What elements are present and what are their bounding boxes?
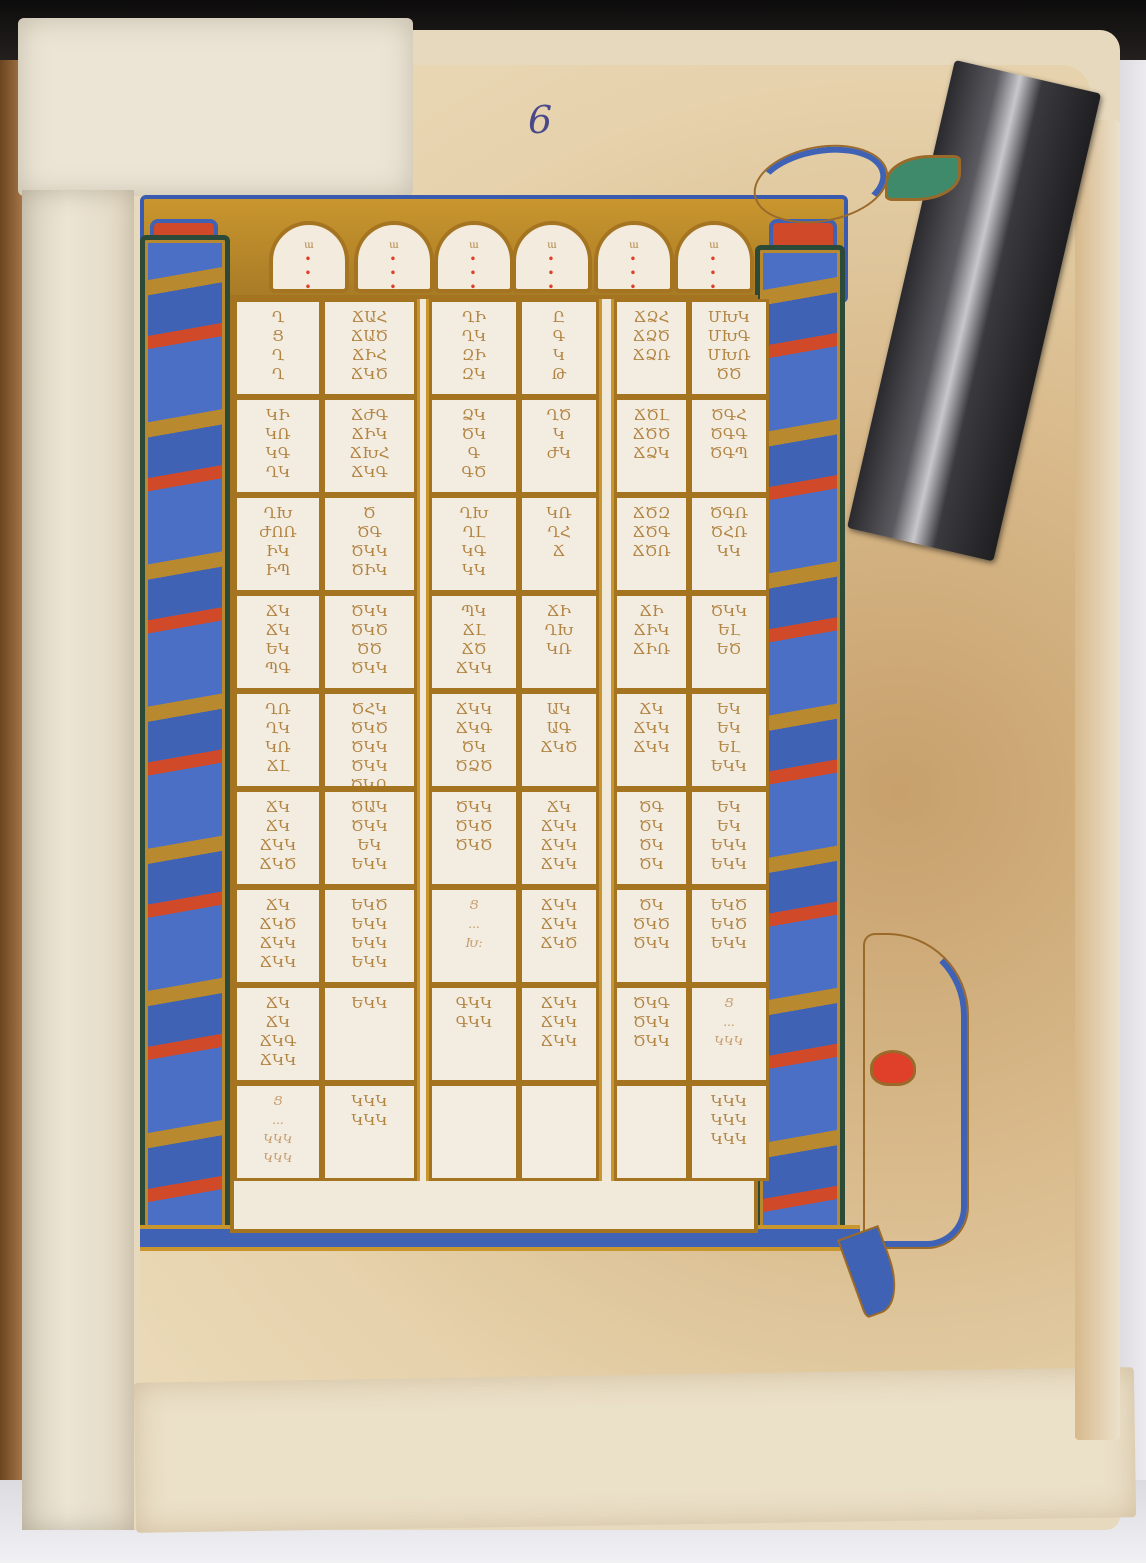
column-gutter bbox=[599, 397, 614, 495]
arch-3: ա• • • bbox=[434, 221, 514, 293]
table-cell: ՂԾ Կ ԺԿ bbox=[519, 397, 599, 495]
table-cell: ԵԿ ԵԿ ԵԿԿ ԵԿԿ bbox=[689, 789, 769, 887]
column-gutter bbox=[599, 495, 614, 593]
table-cell: ՃԿԿ ՃԿԿ ՃԿԿ bbox=[519, 985, 599, 1083]
table-cell: ԾԱԿ ԾԿԿ ԵԿ ԵԿԿ bbox=[322, 789, 417, 887]
vine-border-left bbox=[140, 235, 230, 1235]
table-cell: ՃՁՀ ՃՁԾ ՃՁՌ bbox=[614, 299, 689, 397]
table-cell: ԾՀԿ ԾԿԾ ԾԿԿ ԾԿԿ ԾԿՌ bbox=[322, 691, 417, 789]
table-cell: ԵԿԾ ԵԿԾ ԵԿԿ bbox=[689, 887, 769, 985]
arch-1: ա• • • bbox=[269, 221, 349, 293]
column-gutter bbox=[599, 887, 614, 985]
table-cell: ՄԽԿ ՄԽԳ ՄԽՌ ԾԾ bbox=[689, 299, 769, 397]
arch-2: ա• • • bbox=[354, 221, 434, 293]
table-cell: ՃԿ ՃԿԿ ՃԿԿ ՃԿԿ bbox=[519, 789, 599, 887]
table-cell: ԱԿ ԱԳ ՃԿԾ bbox=[519, 691, 599, 789]
arch-5: ա• • • bbox=[594, 221, 674, 293]
table-cell: ՃԿԿ ՃԿԿ ՃԿԾ bbox=[519, 887, 599, 985]
column-gutter bbox=[599, 789, 614, 887]
table-cell: ՃԱՀ ՃԱԾ ՃԻՀ ՃԿԾ bbox=[322, 299, 417, 397]
table-cell: ԳԿԿ ԳԿԿ bbox=[429, 985, 519, 1083]
table-cell: ԾԿԿ ԵԼ ԵԾ bbox=[689, 593, 769, 691]
column-gutter bbox=[417, 1083, 429, 1181]
column-gutter bbox=[417, 691, 429, 789]
table-cell: ՃԿ ՃԿԿ ՃԿԿ bbox=[614, 691, 689, 789]
table-cell: ՃԾԼ ՃԾԾ ՃՁԿ bbox=[614, 397, 689, 495]
table-cell bbox=[429, 1083, 519, 1181]
table-cell bbox=[614, 1083, 689, 1181]
table-cell: Ը Գ Կ Թ bbox=[519, 299, 599, 397]
arch-6: ա• • • bbox=[674, 221, 754, 293]
table-cell: ՂԻ ՂԿ ԶԻ ԶԿ bbox=[429, 299, 519, 397]
column-gutter bbox=[417, 593, 429, 691]
table-cell: ՃԿ ՃԿ ՃԿԳ ՃԿԿ bbox=[234, 985, 322, 1083]
table-cell: ԾԿԳ ԾԿԿ ԾԿԿ bbox=[614, 985, 689, 1083]
table-cell: ԾԳՀ ԾԳԳ ԾԳՊ bbox=[689, 397, 769, 495]
table-cell: ՃԿ ՃԿԾ ՃԿԿ ՃԿԿ bbox=[234, 887, 322, 985]
table-cell: Ց ... Խ։ bbox=[429, 887, 519, 985]
table-cell: Ց ... ԿԿԿ bbox=[689, 985, 769, 1083]
canon-table-frame: ա• • • ա• • • ա• • • ա• • • ա• • • ա• • … bbox=[140, 195, 840, 1250]
arch-4: ա• • • bbox=[512, 221, 592, 293]
table-cell: ՃԾԶ ՃԾԳ ՃԾՌ bbox=[614, 495, 689, 593]
table-cell bbox=[519, 1083, 599, 1181]
column-gutter bbox=[417, 299, 429, 397]
table-cell: ՂԽ ԺՈՌ ԻԿ ԻՊ bbox=[234, 495, 322, 593]
table-cell: ԵԿԾ ԵԿԿ ԵԿԿ ԵԿԿ bbox=[322, 887, 417, 985]
repair-patch-left bbox=[22, 190, 134, 1530]
table-cell: ԵԿ ԵԿ ԵԼ ԵԿԿ bbox=[689, 691, 769, 789]
repair-patch-right bbox=[1075, 120, 1120, 1440]
canon-grid: Ղ Ց Ղ ՂՃԱՀ ՃԱԾ ՃԻՀ ՃԿԾՂԻ ՂԿ ԶԻ ԶԿԸ Գ Կ Թ… bbox=[230, 295, 758, 1233]
table-cell: ՃԿԿ ՃԿԳ ԾԿ ԾՁԾ bbox=[429, 691, 519, 789]
headpiece-band: ա• • • ա• • • ա• • • ա• • • ա• • • ա• • … bbox=[140, 195, 848, 303]
marginal-flourish-bottom bbox=[865, 935, 967, 1247]
column-gutter bbox=[417, 495, 429, 593]
column-gutter bbox=[417, 789, 429, 887]
table-cell: ԾԿԿ ԾԿԾ ԾԿԾ bbox=[429, 789, 519, 887]
column-gutter bbox=[417, 985, 429, 1083]
table-cell: ԿՌ ՂՀ Ճ bbox=[519, 495, 599, 593]
table-cell: ՃԻ ՃԻԿ ՃԻՌ bbox=[614, 593, 689, 691]
table-cell: ԾԿԿ ԾԿԾ ԾԾ ԾԿԿ bbox=[322, 593, 417, 691]
table-cell: ԾԿ ԾԿԾ ԾԿԿ bbox=[614, 887, 689, 985]
table-cell: ՃԻ ՂԽ ԿՌ bbox=[519, 593, 599, 691]
table-cell: ՂՌ ՂԿ ԿՌ ՃԼ bbox=[234, 691, 322, 789]
table-cell: Ղ Ց Ղ Ղ bbox=[234, 299, 322, 397]
column-gutter bbox=[599, 1083, 614, 1181]
table-cell: ՂԽ ՂԼ ԿԳ ԿԿ bbox=[429, 495, 519, 593]
table-cell: Ծ ԾԳ ԾԿԿ ԾԻԿ bbox=[322, 495, 417, 593]
table-cell: ԾԳ ԾԿ ԾԿ ԾԿ bbox=[614, 789, 689, 887]
column-gutter bbox=[599, 985, 614, 1083]
table-cell: ՊԿ ՃԼ ՃԾ ՃԿԿ bbox=[429, 593, 519, 691]
table-cell: Ց ... ԿԿԿ ԿԿԿ bbox=[234, 1083, 322, 1181]
column-gutter bbox=[599, 593, 614, 691]
table-cell: ԿԻ ԿՌ ԿԳ ՂԿ bbox=[234, 397, 322, 495]
column-gutter bbox=[599, 691, 614, 789]
table-cell: ԵԿԿ bbox=[322, 985, 417, 1083]
table-cell: ՃԿ ՃԿ ԵԿ ՊԳ bbox=[234, 593, 322, 691]
column-gutter bbox=[417, 397, 429, 495]
table-cell: ՃԿ ՃԿ ՃԿԿ ՃԿԾ bbox=[234, 789, 322, 887]
table-cell: ԿԿԿ ԿԿԿ bbox=[322, 1083, 417, 1181]
folio-number: 6 bbox=[528, 98, 552, 142]
repair-patch-top bbox=[18, 18, 413, 196]
table-cell: ԿԿԿ ԿԿԿ ԿԿԿ bbox=[689, 1083, 769, 1181]
table-cell: ՃԺԳ ՃԻԿ ՃԽՀ ՃԿԳ bbox=[322, 397, 417, 495]
table-cell: ԾԳՌ ԾՀՌ ԿԿ bbox=[689, 495, 769, 593]
column-gutter bbox=[599, 299, 614, 397]
table-cell: ՁԿ ԾԿ Գ ԳԾ bbox=[429, 397, 519, 495]
column-gutter bbox=[417, 887, 429, 985]
bud-ornament bbox=[870, 1050, 916, 1086]
repair-patch-bottom bbox=[134, 1367, 1136, 1533]
